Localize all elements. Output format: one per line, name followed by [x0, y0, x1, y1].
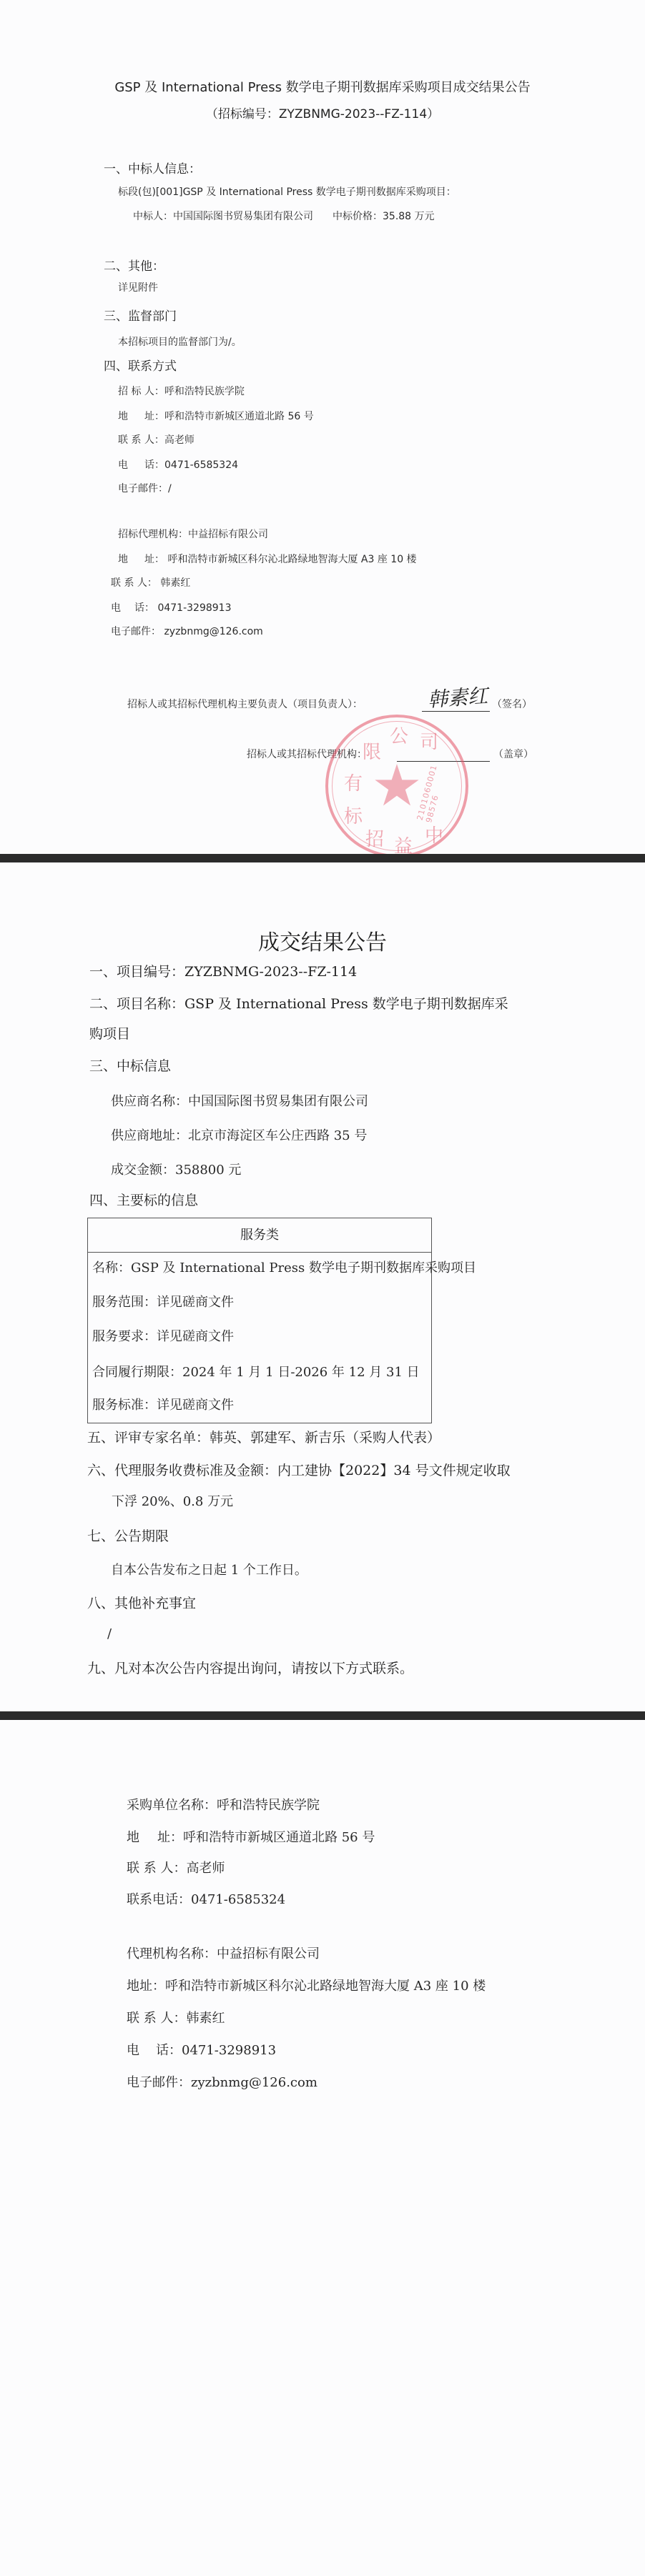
purchaser-address-label: 地 — [127, 1827, 139, 1846]
stamp-char: 中 — [425, 821, 443, 847]
tenderer-address: 址：呼和浩特市新城区通道北路 56 号 — [144, 409, 314, 423]
section-heading-supervision: 三、监督部门 — [104, 306, 177, 324]
supplementary-text: / — [107, 1626, 112, 1641]
service-info-table: 服务类 名称：GSP 及 International Press 数学电子期刊数… — [87, 1218, 432, 1423]
page-separator — [0, 1711, 645, 1720]
expert-list: 五、评审专家名单：韩英、郭建军、新吉乐（采购人代表） — [87, 1427, 440, 1446]
winner-name: 中标人：中国国际图书贸易集团有限公司 — [133, 209, 313, 223]
tenderer-contact: 联 系 人：高老师 — [118, 432, 195, 447]
stamp-char: 公 — [390, 722, 408, 748]
company-seal-stamp: ★ 公 司 限 有 标 招 益 中 2101060001 98576 — [325, 715, 468, 854]
handwritten-signature: 韩素红 — [427, 680, 489, 713]
section-heading-other: 二、其他： — [104, 256, 164, 274]
purchaser-name: 采购单位名称：呼和浩特民族学院 — [127, 1795, 320, 1814]
period-text: 自本公告发布之日起 1 个工作日。 — [111, 1560, 307, 1578]
project-name-line2: 购项目 — [89, 1023, 130, 1043]
table-row: 名称：GSP 及 International Press 数学电子期刊数据库采购… — [88, 1253, 431, 1287]
purchaser-phone: 联系电话：0471-6585324 — [127, 1889, 285, 1908]
agency-address-label: 地 — [118, 552, 128, 566]
agency-address: 址： 呼和浩特市新城区科尔沁北路绿地智海大厦 A3 座 10 楼 — [144, 552, 417, 566]
purchaser-address: 址：呼和浩特市新城区通道北路 56 号 — [157, 1827, 375, 1846]
page-2: 成交结果公告 一、项目编号：ZYZBNMG-2023--FZ-114 二、项目名… — [0, 862, 645, 1711]
tenderer-phone: 话：0471-6585324 — [144, 457, 238, 472]
agency-name: 招标代理机构：中益招标有限公司 — [118, 527, 268, 541]
agency-email: 电子邮件： zyzbnmg@126.com — [111, 624, 263, 638]
agency-org-address: 地址：呼和浩特市新城区科尔沁北路绿地智海大厦 A3 座 10 楼 — [127, 1976, 486, 1994]
star-icon: ★ — [371, 757, 423, 815]
tenderer-email: 电子邮件：/ — [118, 481, 172, 495]
seal-suffix: （盖章） — [493, 747, 533, 761]
agency-phone: 话： 0471-3298913 — [134, 600, 231, 615]
agency-org-phone-label: 电 — [127, 2040, 139, 2059]
agency-phone-label: 电 — [111, 600, 121, 615]
tender-number: （招标编号：ZYZBNMG-2023--FZ-114） — [0, 104, 645, 121]
agency-contact: 联 系 人： 韩素红 — [111, 575, 190, 590]
page-separator — [0, 854, 645, 862]
tenderer-address-label: 地 — [118, 409, 128, 423]
lot-info: 标段(包)[001]GSP 及 International Press 数学电子… — [118, 184, 456, 199]
table-row: 服务标准：详见磋商文件 — [88, 1391, 431, 1423]
winner-price: 中标价格：35.88 万元 — [333, 209, 435, 223]
table-header: 服务类 — [88, 1218, 431, 1253]
project-name-line1: 二、项目名称：GSP 及 International Press 数学电子期刊数… — [89, 993, 508, 1013]
supervision-text: 本招标项目的监督部门为/。 — [118, 334, 242, 349]
project-number: 一、项目编号：ZYZBNMG-2023--FZ-114 — [89, 961, 357, 980]
section-heading-winner: 一、中标人信息： — [104, 159, 201, 176]
stamp-char: 标 — [344, 802, 363, 828]
agency-org-name: 代理机构名称：中益招标有限公司 — [127, 1944, 320, 1962]
page-3: 采购单位名称：呼和浩特民族学院 地 址：呼和浩特市新城区通道北路 56 号 联 … — [0, 1720, 645, 2576]
signature-suffix: （签名） — [492, 697, 532, 711]
table-row: 服务要求：详见磋商文件 — [88, 1321, 431, 1356]
section-heading-award: 三、中标信息 — [89, 1055, 171, 1075]
section-heading-period: 七、公告期限 — [87, 1526, 169, 1545]
table-row: 合同履行期限：2024 年 1 月 1 日-2026 年 12 月 31 日 — [88, 1356, 431, 1391]
section-heading-subject: 四、主要标的信息 — [89, 1190, 198, 1209]
page-1: GSP 及 International Press 数学电子期刊数据库采购项目成… — [0, 0, 645, 854]
supplier-name: 供应商名称：中国国际图书贸易集团有限公司 — [111, 1091, 368, 1110]
stamp-char: 招 — [365, 825, 384, 851]
other-text: 详见附件 — [118, 280, 158, 294]
stamp-char: 有 — [344, 769, 363, 795]
agency-fee-line2: 下浮 20%、0.8 万元 — [112, 1491, 233, 1510]
tenderer-name: 招 标 人：呼和浩特民族学院 — [118, 384, 245, 398]
agency-org-contact: 联 系 人：韩素红 — [127, 2008, 225, 2027]
agency-org-phone: 话：0471-3298913 — [156, 2040, 276, 2059]
agency-fee-line1: 六、代理服务收费标准及金额：内工建协【2022】34 号文件规定收取 — [87, 1460, 511, 1479]
signature-label: 招标人或其招标代理机构主要负责人（项目负责人）： — [127, 697, 363, 711]
inquiry-note: 九、凡对本次公告内容提出询问，请按以下方式联系。 — [87, 1658, 413, 1677]
section-heading-supplementary: 八、其他补充事宜 — [87, 1593, 196, 1612]
table-row: 服务范围：详见磋商文件 — [88, 1287, 431, 1321]
stamp-char: 司 — [420, 727, 438, 754]
section-heading-contact: 四、联系方式 — [104, 356, 177, 374]
supplier-address: 供应商地址：北京市海淀区车公庄西路 35 号 — [111, 1125, 367, 1144]
result-title: 成交结果公告 — [0, 925, 645, 956]
agency-org-email: 电子邮件：zyzbnmg@126.com — [127, 2072, 317, 2091]
announcement-title: GSP 及 International Press 数学电子期刊数据库采购项目成… — [0, 77, 645, 96]
deal-amount: 成交金额：358800 元 — [111, 1160, 241, 1178]
stamp-char: 益 — [394, 832, 413, 854]
tenderer-phone-label: 电 — [118, 457, 128, 472]
stamp-char: 限 — [363, 737, 381, 764]
purchaser-contact: 联 系 人：高老师 — [127, 1858, 225, 1876]
